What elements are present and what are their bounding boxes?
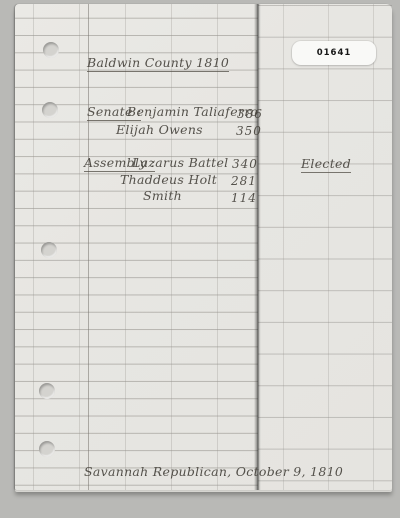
catalog-number-sticker: 01641 <box>292 41 376 65</box>
vote-count: 340 <box>232 157 258 171</box>
candidate-name: Elijah Owens <box>116 123 203 137</box>
vote-count: 350 <box>236 124 262 138</box>
candidate-name: Lazarus Battel <box>132 156 229 170</box>
punch-hole <box>39 383 55 399</box>
candidate-name: Smith <box>143 189 182 203</box>
page-edge-crease <box>254 4 261 490</box>
vote-count: 386 <box>237 107 263 121</box>
vote-count: 114 <box>231 191 257 205</box>
vote-count: 281 <box>231 174 257 188</box>
punch-hole <box>43 42 59 58</box>
punch-hole <box>42 102 58 118</box>
page-title: Baldwin County 1810 <box>87 56 229 72</box>
scanned-notebook-page: 01641 Baldwin County 1810 Senate : Benja… <box>15 4 392 490</box>
catalog-number: 01641 <box>317 48 352 58</box>
source-citation: Savannah Republican, October 9, 1810 <box>84 465 343 479</box>
elected-annotation: Elected <box>301 157 351 173</box>
punch-hole <box>41 242 57 258</box>
margin-line <box>88 4 89 490</box>
punch-hole <box>39 441 55 457</box>
candidate-name: Thaddeus Holt <box>120 173 217 187</box>
ruled-grid-right-sheet <box>258 4 392 490</box>
